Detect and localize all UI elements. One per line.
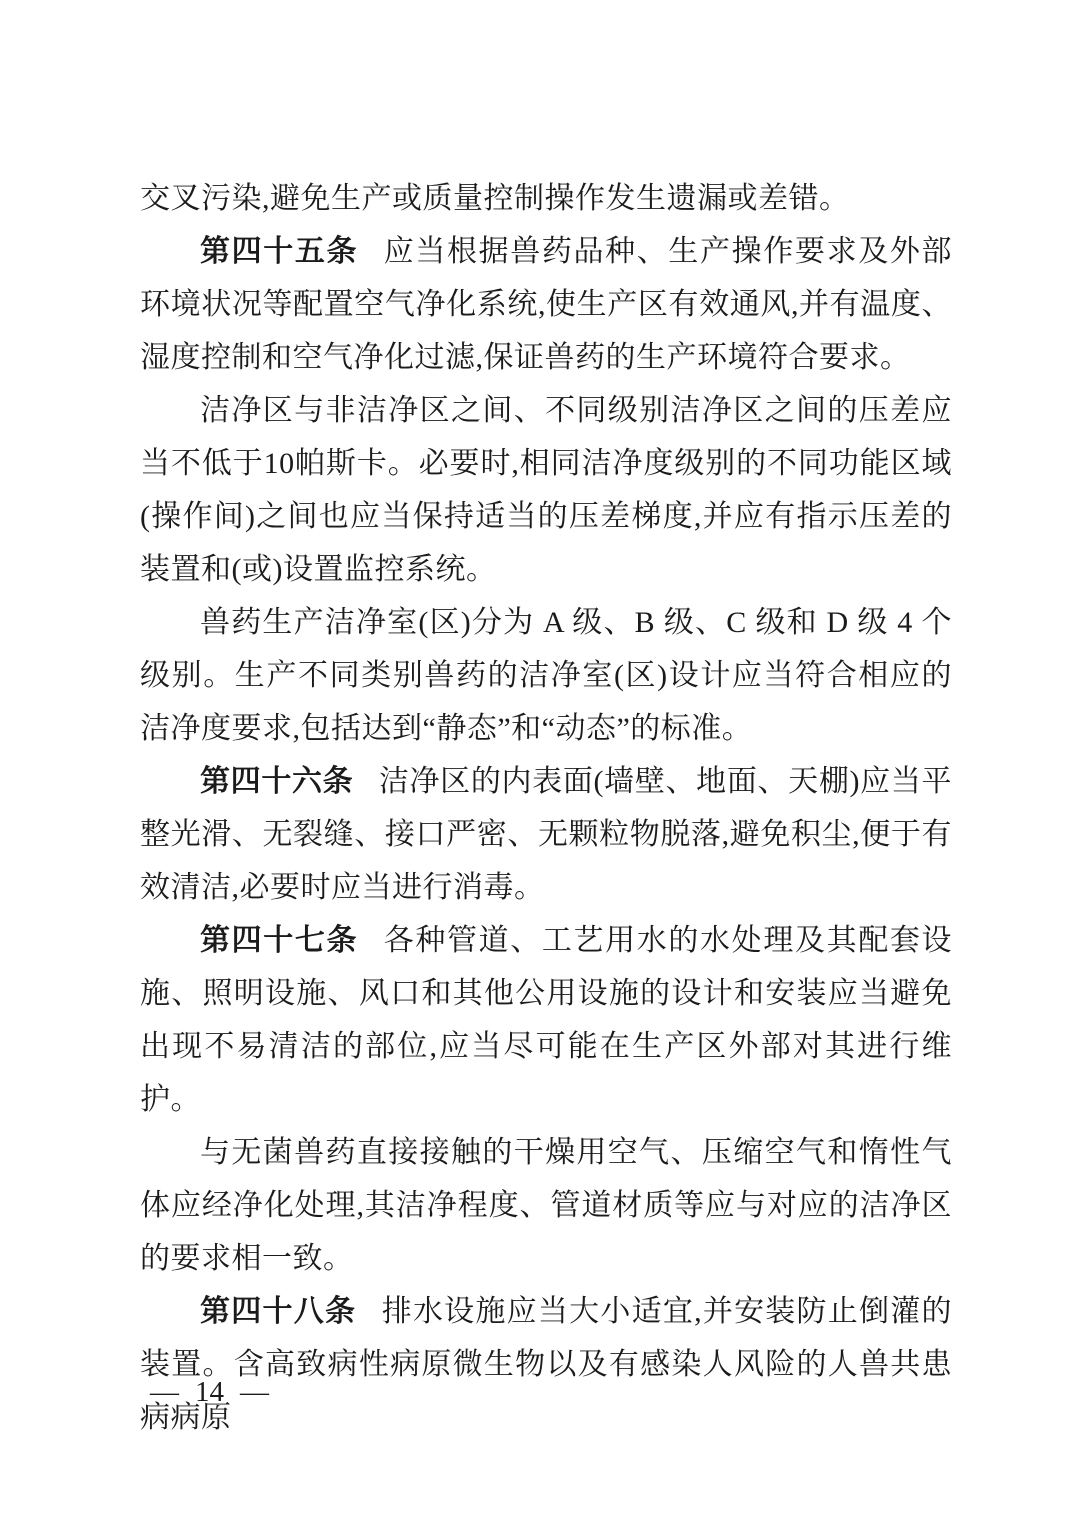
page-number: 14 xyxy=(195,1376,224,1408)
page-footer: —14— xyxy=(150,1372,269,1412)
article-48-number: 第四十八条 xyxy=(200,1295,356,1328)
article-45-number: 第四十五条 xyxy=(200,235,358,268)
paragraph-sterile-gases: 与无菌兽药直接接触的干燥用空气、压缩空气和惰性气体应经净化处理,其洁净程度、管道… xyxy=(140,1126,952,1285)
paragraph-sterile-gases-text: 与无菌兽药直接接触的干燥用空气、压缩空气和惰性气体应经净化处理,其洁净程度、管道… xyxy=(140,1136,952,1275)
document-body: 交叉污染,避免生产或质量控制操作发生遗漏或差错。 第四十五条应当根据兽药品种、生… xyxy=(140,172,952,1444)
paragraph-continuation-text: 交叉污染,避免生产或质量控制操作发生遗漏或差错。 xyxy=(140,182,850,215)
paragraph-article-46: 第四十六条洁净区的内表面(墙壁、地面、天棚)应当平整光滑、无裂缝、接口严密、无颗… xyxy=(140,755,952,914)
article-46-number: 第四十六条 xyxy=(200,765,353,798)
paragraph-cleanroom-grades-text: 兽药生产洁净室(区)分为 A 级、B 级、C 级和 D 级 4 个级别。生产不同… xyxy=(140,606,952,745)
footer-left-dash: — xyxy=(150,1376,179,1408)
paragraph-continuation: 交叉污染,避免生产或质量控制操作发生遗漏或差错。 xyxy=(140,172,952,225)
paragraph-article-48: 第四十八条排水设施应当大小适宜,并安装防止倒灌的装置。含高致病性病原微生物以及有… xyxy=(140,1285,952,1444)
paragraph-article-47: 第四十七条各种管道、工艺用水的水处理及其配套设施、照明设施、风口和其他公用设施的… xyxy=(140,914,952,1126)
document-page: 交叉污染,避免生产或质量控制操作发生遗漏或差错。 第四十五条应当根据兽药品种、生… xyxy=(0,0,1080,1527)
paragraph-cleanroom-grades: 兽药生产洁净室(区)分为 A 级、B 级、C 级和 D 级 4 个级别。生产不同… xyxy=(140,596,952,755)
paragraph-article-45: 第四十五条应当根据兽药品种、生产操作要求及外部环境状况等配置空气净化系统,使生产… xyxy=(140,225,952,384)
article-47-number: 第四十七条 xyxy=(200,924,358,957)
footer-right-dash: — xyxy=(240,1376,269,1408)
paragraph-pressure-difference-text: 洁净区与非洁净区之间、不同级别洁净区之间的压差应当不低于10帕斯卡。必要时,相同… xyxy=(140,394,952,586)
paragraph-pressure-difference: 洁净区与非洁净区之间、不同级别洁净区之间的压差应当不低于10帕斯卡。必要时,相同… xyxy=(140,384,952,596)
